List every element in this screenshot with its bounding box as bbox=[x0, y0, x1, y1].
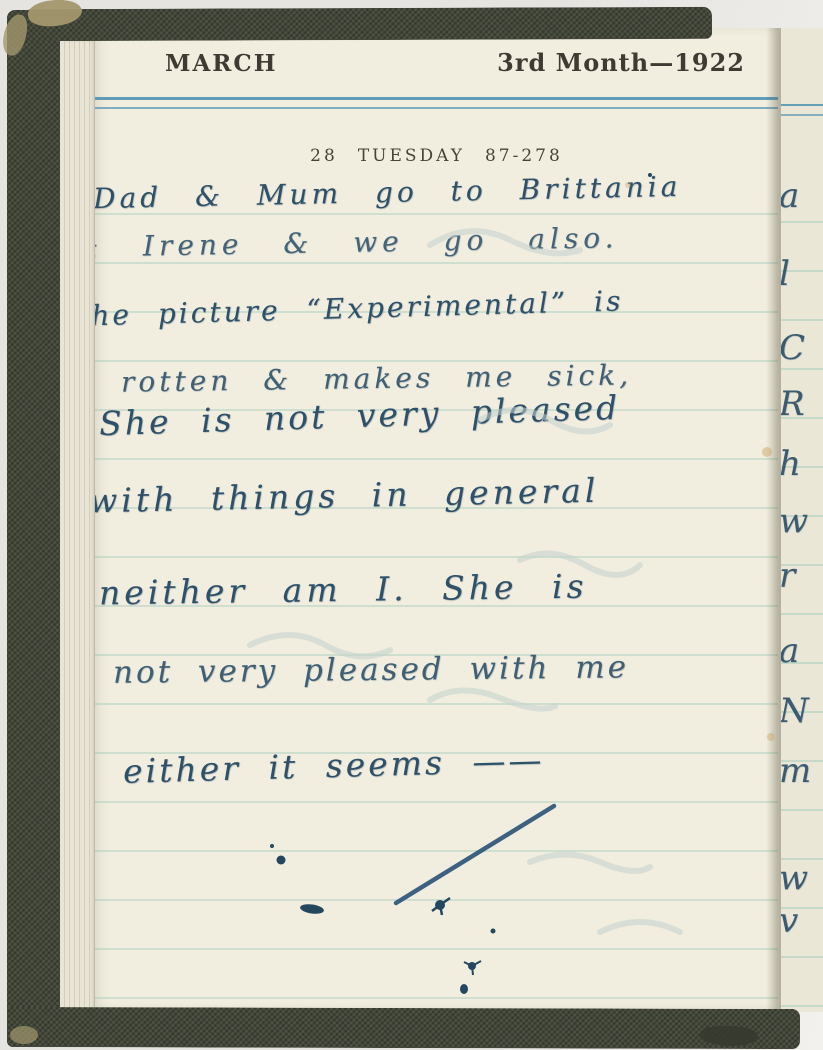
facing-fragment: v bbox=[779, 901, 800, 941]
facing-fragment: w bbox=[779, 501, 810, 541]
page-edge-stack bbox=[60, 40, 96, 1012]
date-heading: 28TUESDAY87-278 bbox=[95, 146, 778, 166]
book-cover-left bbox=[7, 10, 60, 1045]
diary-page: MARCH 3rd Month—1922 28TUESDAY87-278 Dad… bbox=[95, 28, 778, 1012]
facing-fragment: R bbox=[779, 384, 807, 424]
facing-page-sliver: a l C R h w r a N m w v bbox=[779, 28, 823, 1012]
date-day: 28 bbox=[300, 146, 348, 166]
facing-fragment: a bbox=[779, 176, 801, 216]
facing-fragment: C bbox=[779, 328, 807, 368]
header-rule-top bbox=[95, 97, 778, 100]
book-cover-top bbox=[26, 7, 712, 41]
facing-fragment: m bbox=[779, 751, 813, 791]
month-label: MARCH bbox=[165, 50, 277, 77]
facing-page-header-rule-top bbox=[781, 104, 823, 106]
date-weekday: TUESDAY bbox=[348, 146, 475, 166]
month-year-label: 3rd Month—1922 bbox=[497, 48, 745, 77]
facing-fragment: N bbox=[779, 691, 811, 731]
page-gutter bbox=[766, 28, 779, 1012]
handwriting-line: not very pleased with me bbox=[113, 649, 629, 690]
date-day-of-year: 87-278 bbox=[475, 146, 573, 166]
facing-fragment: r bbox=[779, 556, 797, 596]
diary-scan: { "diary": { "month_label": "MARCH", "mo… bbox=[0, 0, 823, 1050]
facing-fragment: h bbox=[779, 444, 803, 484]
facing-fragment: a bbox=[779, 631, 801, 671]
facing-page-header-rule-bottom bbox=[781, 114, 823, 116]
book-cover-bottom bbox=[7, 1007, 800, 1049]
frayed-cover-corner bbox=[10, 1026, 38, 1044]
handwriting-line: neither am I. She is bbox=[99, 567, 588, 613]
facing-fragment: l bbox=[779, 254, 792, 294]
header-rule-bottom bbox=[95, 107, 778, 109]
facing-fragment: w bbox=[779, 858, 810, 898]
